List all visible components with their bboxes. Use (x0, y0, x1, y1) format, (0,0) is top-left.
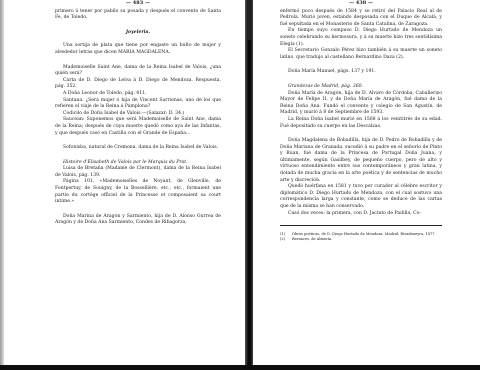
paragraph-gap (55, 152, 221, 160)
paragraph: Carta de D. Diego de Leiva á D. Diego de… (55, 78, 221, 91)
footnote-mark: (2) (280, 237, 285, 242)
page-number: — 483 — (55, 0, 221, 7)
paragraph: Sofonisba, natural de Cremona, dama de l… (55, 145, 221, 152)
paragraph-gap (280, 76, 442, 84)
paragraph: primero á tener por pabilo su posada y d… (55, 9, 221, 22)
page-number: — 438 — (280, 0, 442, 7)
paragraph: Casó dos veces: la primera, con D. Jacin… (280, 211, 442, 218)
paragraph: Mademoiselle Saint Ane, dama de la Reina… (55, 65, 221, 78)
footnote: (2)Bernaces, de Almería. (280, 237, 442, 242)
paragraph: Santana. ¿Será mujer ó hija de Vincent S… (55, 98, 221, 111)
paragraph: Doña Marina de Aragón y Sarmiento, hija … (55, 214, 221, 227)
paragraph: En tiempo suyo compuso D. Diego Hurtado … (280, 28, 442, 48)
paragraph: El Secretario Gonzalo Pérez hizo también… (280, 48, 442, 61)
book-gutter (245, 0, 253, 370)
paragraph: Doña María Manuel, págs. 137 y 191. (280, 69, 442, 76)
footnotes: (1)Obras poéticas, de D. Diego Hurtado d… (280, 232, 442, 242)
left-page: — 483 — primero á tener por pabilo su po… (55, 0, 221, 227)
footnote-text: Bernaces, de Almería. (292, 237, 332, 241)
book-gutter-top (247, 0, 252, 40)
page-bottom-edge (0, 365, 480, 370)
paragraph: Página 101. «Mademoiselles de Noyant, de… (55, 179, 221, 205)
paragraph-gap (280, 130, 442, 138)
right-page: — 438 — enfermó poco después de 1584 y s… (280, 0, 442, 242)
paragraph: enfermó poco después de 1584 y se retiró… (280, 9, 442, 29)
left-page-body: primero á tener por pabilo su posada y d… (55, 9, 221, 227)
paragraph: Saucean: Suponemos que será Mademoiselle… (55, 117, 221, 137)
paragraph-gap (55, 206, 221, 214)
paragraph: La Reina Doña Isabel murió en 1568 á los… (280, 117, 442, 130)
footnote-text: Obras poéticas, de D. Diego Hurtado de M… (292, 232, 436, 236)
paragraph: Doña María de Aragón, hija de D. Alvaro … (280, 91, 442, 117)
paragraph: Luisa de Bretaña (Madame de Clermont), d… (55, 166, 221, 179)
paragraph-gap (55, 137, 221, 145)
paragraph: Quedó huérfana en 1581 y tuvo por curado… (280, 184, 442, 210)
section-heading: Joyeleria. (55, 30, 221, 37)
paragraph: A Doña Leonor de Toledo, pág. 411. (55, 91, 221, 98)
paragraph: Grandezas de Madrid, pág. 360. (280, 84, 442, 91)
paragraph: Doña Magdalena de Bobadilla, hija de D. … (280, 138, 442, 184)
page-left-edge-shadow (0, 0, 4, 370)
paragraph: Una sortija de plata que tiene por engas… (55, 43, 221, 56)
paragraph-gap (55, 57, 221, 65)
footnote-rule (280, 225, 442, 226)
right-page-body: enfermó poco después de 1584 y se retiró… (280, 9, 442, 218)
